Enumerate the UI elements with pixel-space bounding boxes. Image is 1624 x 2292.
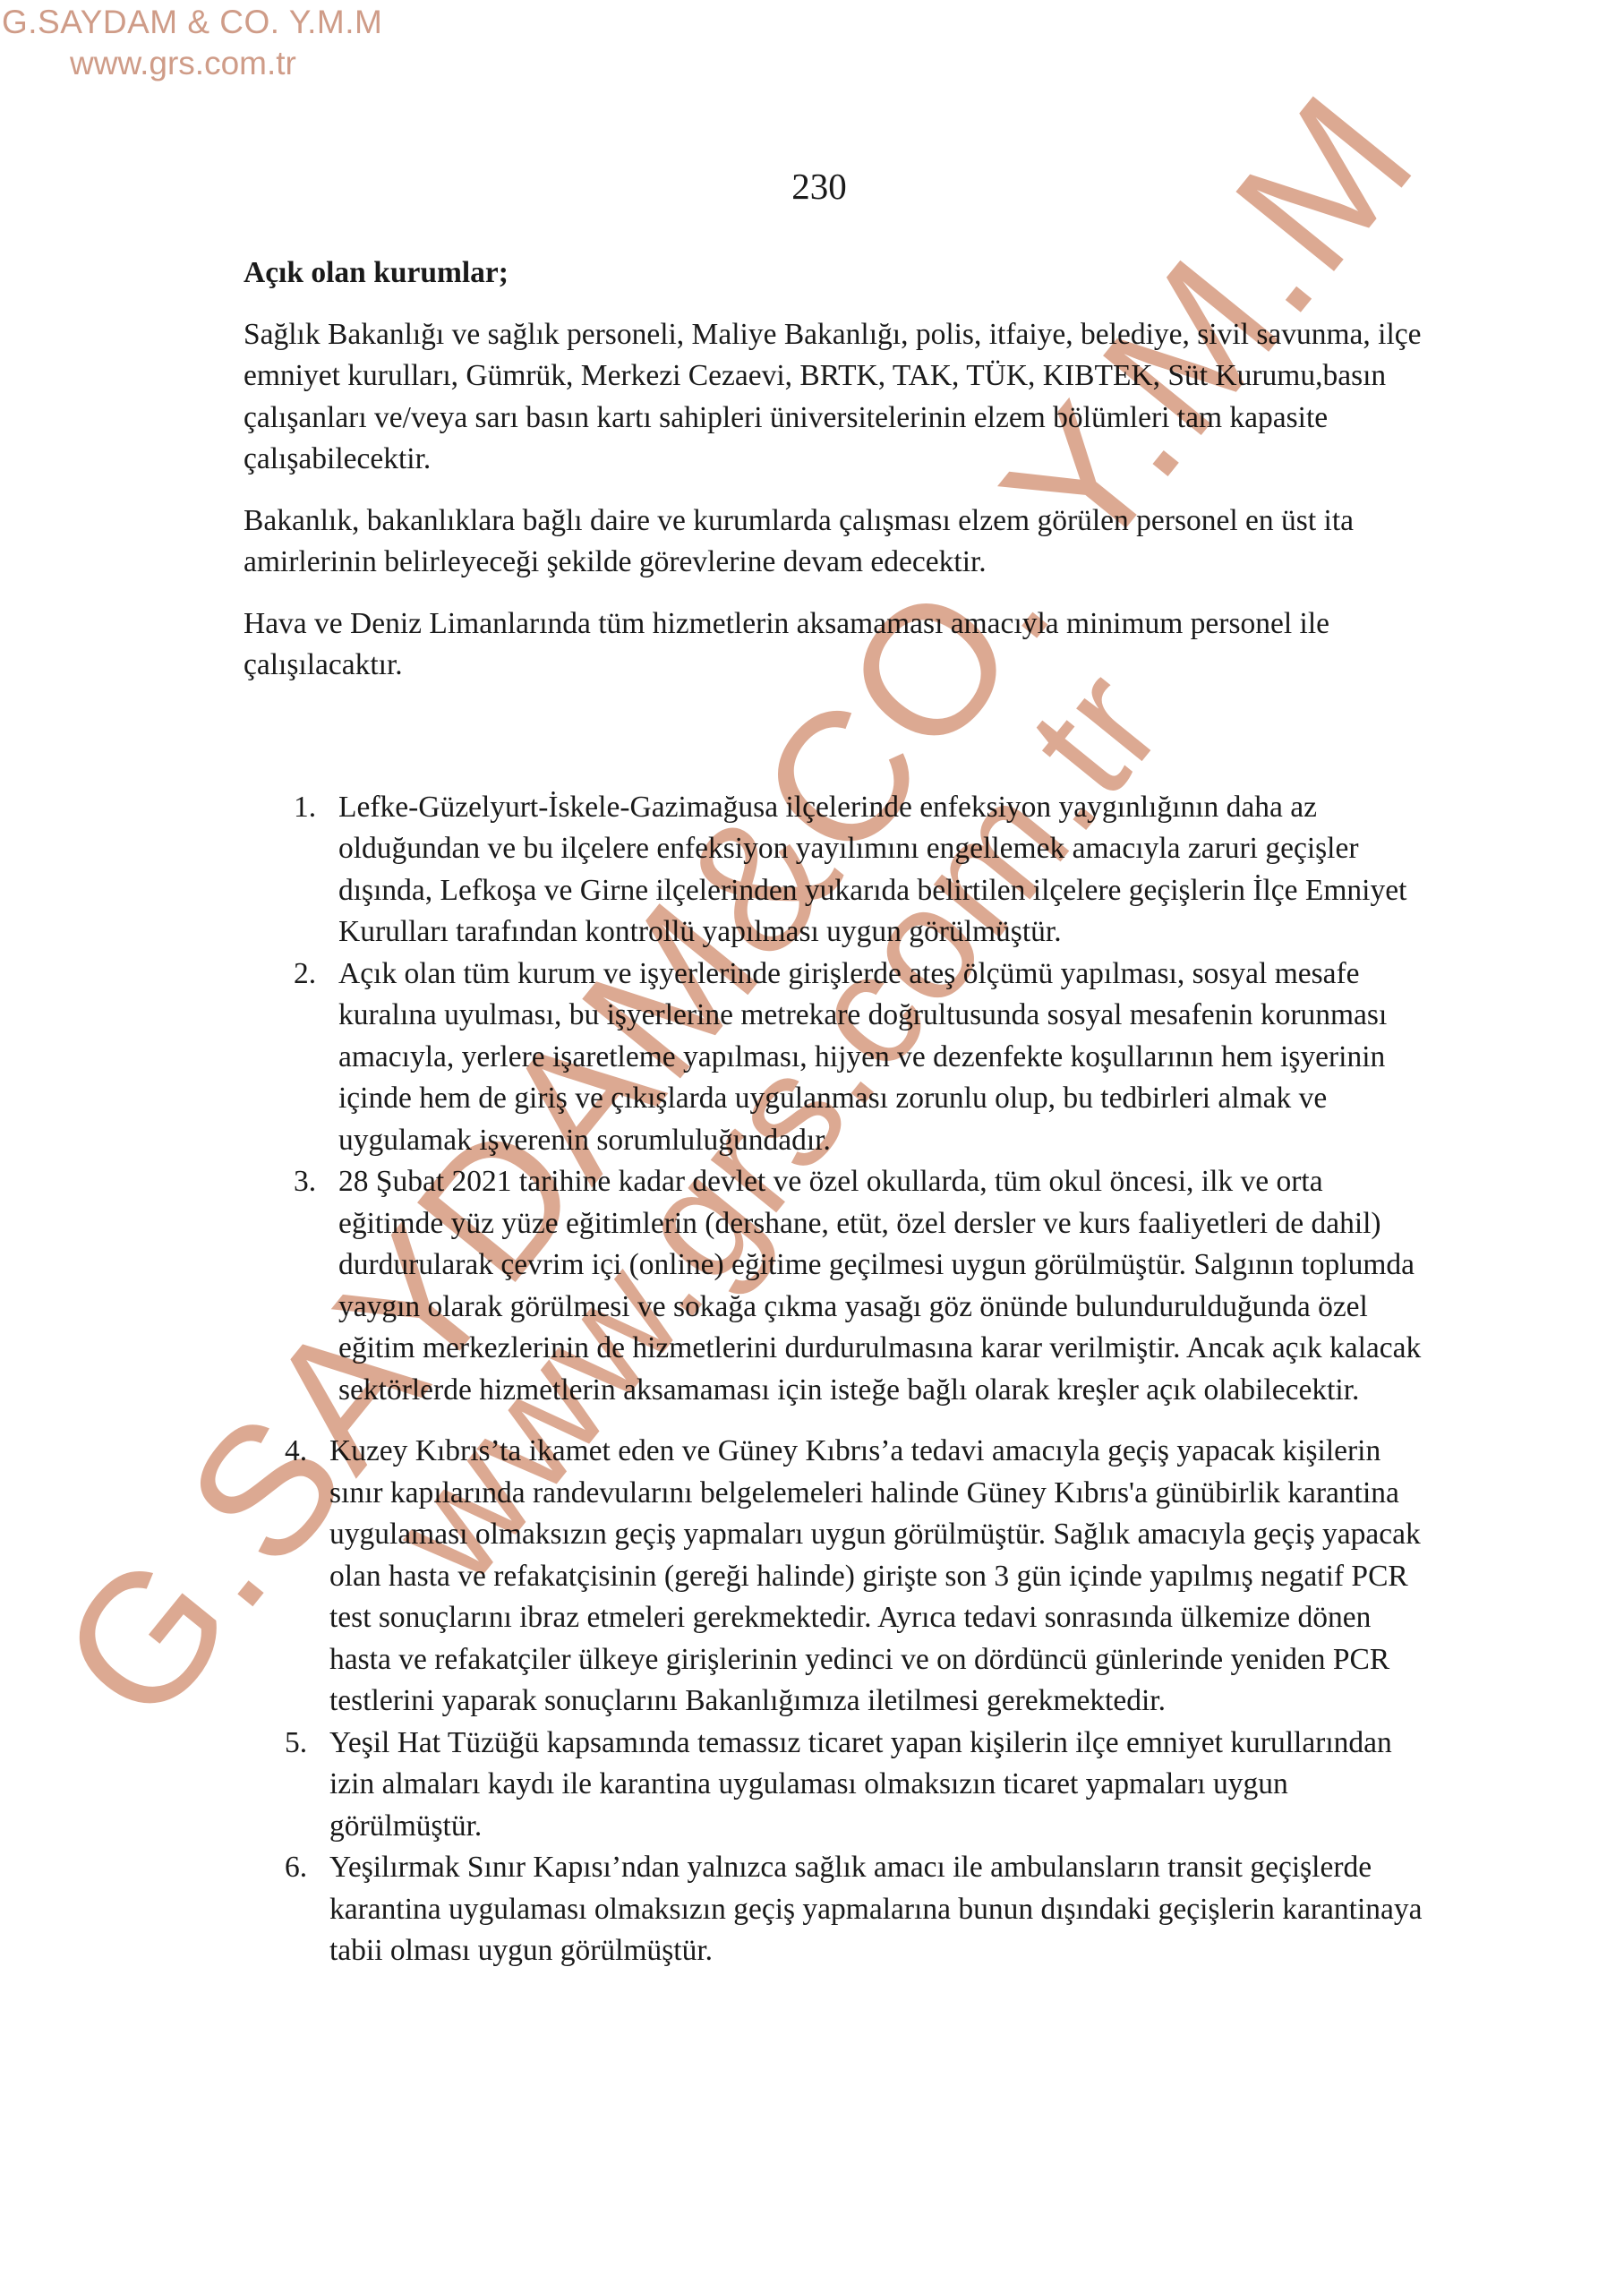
document-body: Açık olan kurumlar; Sağlık Bakanlığı ve … — [244, 252, 1434, 1972]
list-item-text: Açık olan tüm kurum ve işyerlerinde giri… — [338, 957, 1387, 1157]
paragraph-ports: Hava ve Deniz Limanlarında tüm hizmetler… — [244, 603, 1434, 687]
list-item-number: 6. — [285, 1847, 307, 1889]
header-website: www.grs.com.tr — [70, 45, 296, 82]
page-number: 230 — [0, 165, 1624, 208]
list-item-number: 1. — [294, 787, 316, 829]
list-item-text: Yeşil Hat Tüzüğü kapsamında temassız tic… — [329, 1726, 1392, 1843]
list-item: 6. Yeşilırmak Sınır Kapısı’ndan yalnızca… — [244, 1847, 1434, 1972]
list-item-number: 5. — [285, 1723, 307, 1765]
list-item: 3. 28 Şubat 2021 tarihine kadar devlet v… — [244, 1161, 1434, 1411]
paragraph-open-institutions: Sağlık Bakanlığı ve sağlık personeli, Ma… — [244, 314, 1434, 481]
list-item: 2. Açık olan tüm kurum ve işyerlerinde g… — [244, 954, 1434, 1162]
list-item-text: 28 Şubat 2021 tarihine kadar devlet ve ö… — [338, 1165, 1421, 1407]
list-item: 4. Kuzey Kıbrıs’ta ikamet eden ve Güney … — [244, 1431, 1434, 1723]
list-item: 1. Lefke-Güzelyurt-İskele-Gazimağusa ilç… — [244, 787, 1434, 954]
list-item: 5. Yeşil Hat Tüzüğü kapsamında temassız … — [244, 1723, 1434, 1848]
list-item-number: 3. — [294, 1161, 316, 1203]
header-firm-name: G.SAYDAM & CO. Y.M.M — [2, 4, 382, 41]
paragraph-ministry-staff: Bakanlık, bakanlıklara bağlı daire ve ku… — [244, 500, 1434, 584]
list-item-text: Kuzey Kıbrıs’ta ikamet eden ve Güney Kıb… — [329, 1434, 1421, 1717]
list-item-text: Lefke-Güzelyurt-İskele-Gazimağusa ilçele… — [338, 791, 1406, 949]
measures-list: 1. Lefke-Güzelyurt-İskele-Gazimağusa ilç… — [244, 787, 1434, 1972]
section-heading: Açık olan kurumlar; — [244, 252, 1434, 295]
list-item-number: 2. — [294, 954, 316, 996]
list-item-text: Yeşilırmak Sınır Kapısı’ndan yalnızca sa… — [329, 1851, 1423, 1967]
list-item-number: 4. — [285, 1431, 307, 1473]
